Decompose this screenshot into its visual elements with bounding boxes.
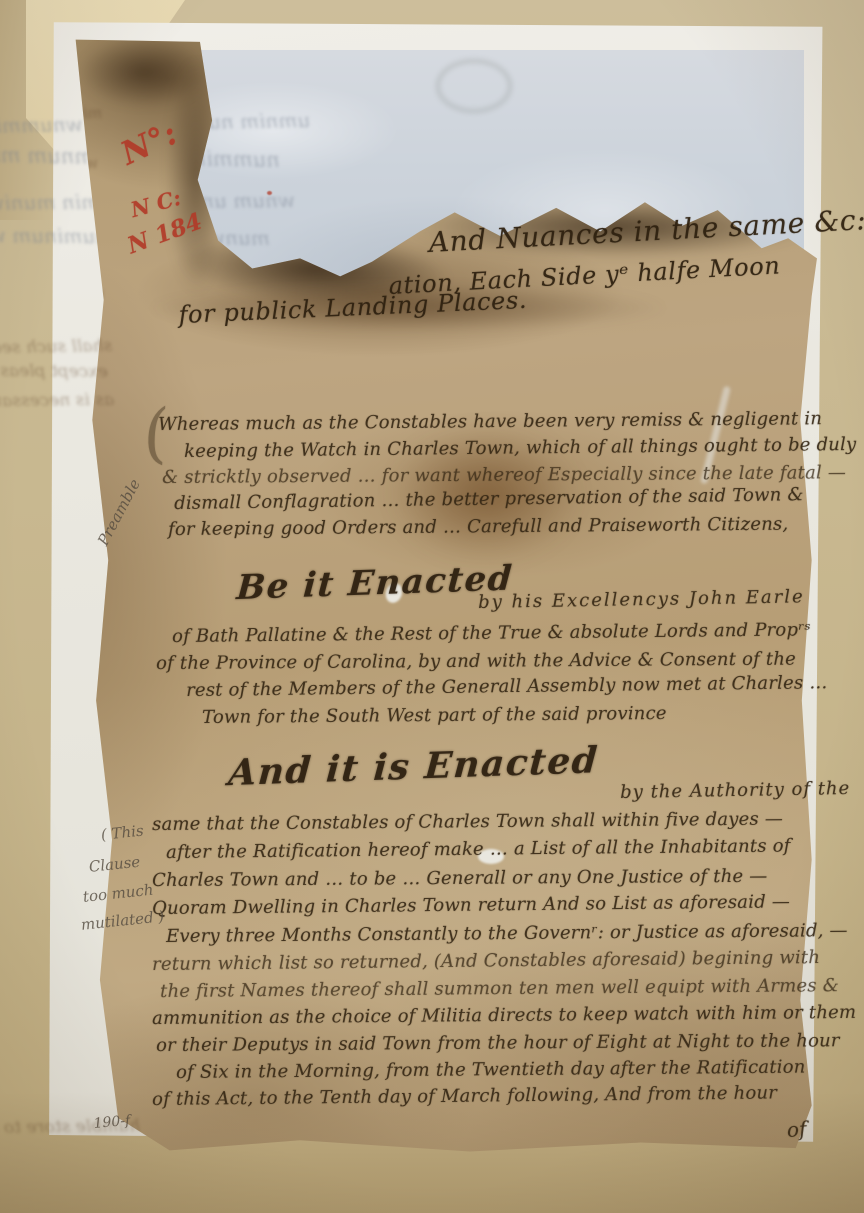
pencil-folio-number: 190-f: [93, 1113, 131, 1132]
manuscript-line: by the Authority of the: [620, 778, 850, 803]
bleedthrough-ghost-line: except pleas return him person for sent …: [0, 357, 108, 382]
manuscript-line: of the Province of Carolina, by and with…: [156, 649, 796, 674]
ghost-stamp-mark: [435, 58, 513, 114]
manuscript-line: Town for the South West part of the said…: [202, 703, 667, 728]
photo-of-manuscript: umnim nuwm inmium wnummi munw umminw num…: [0, 0, 864, 1213]
manuscript-line: Charles Town and … to be … Generall or a…: [152, 866, 768, 891]
catchword: of: [786, 1117, 807, 1142]
